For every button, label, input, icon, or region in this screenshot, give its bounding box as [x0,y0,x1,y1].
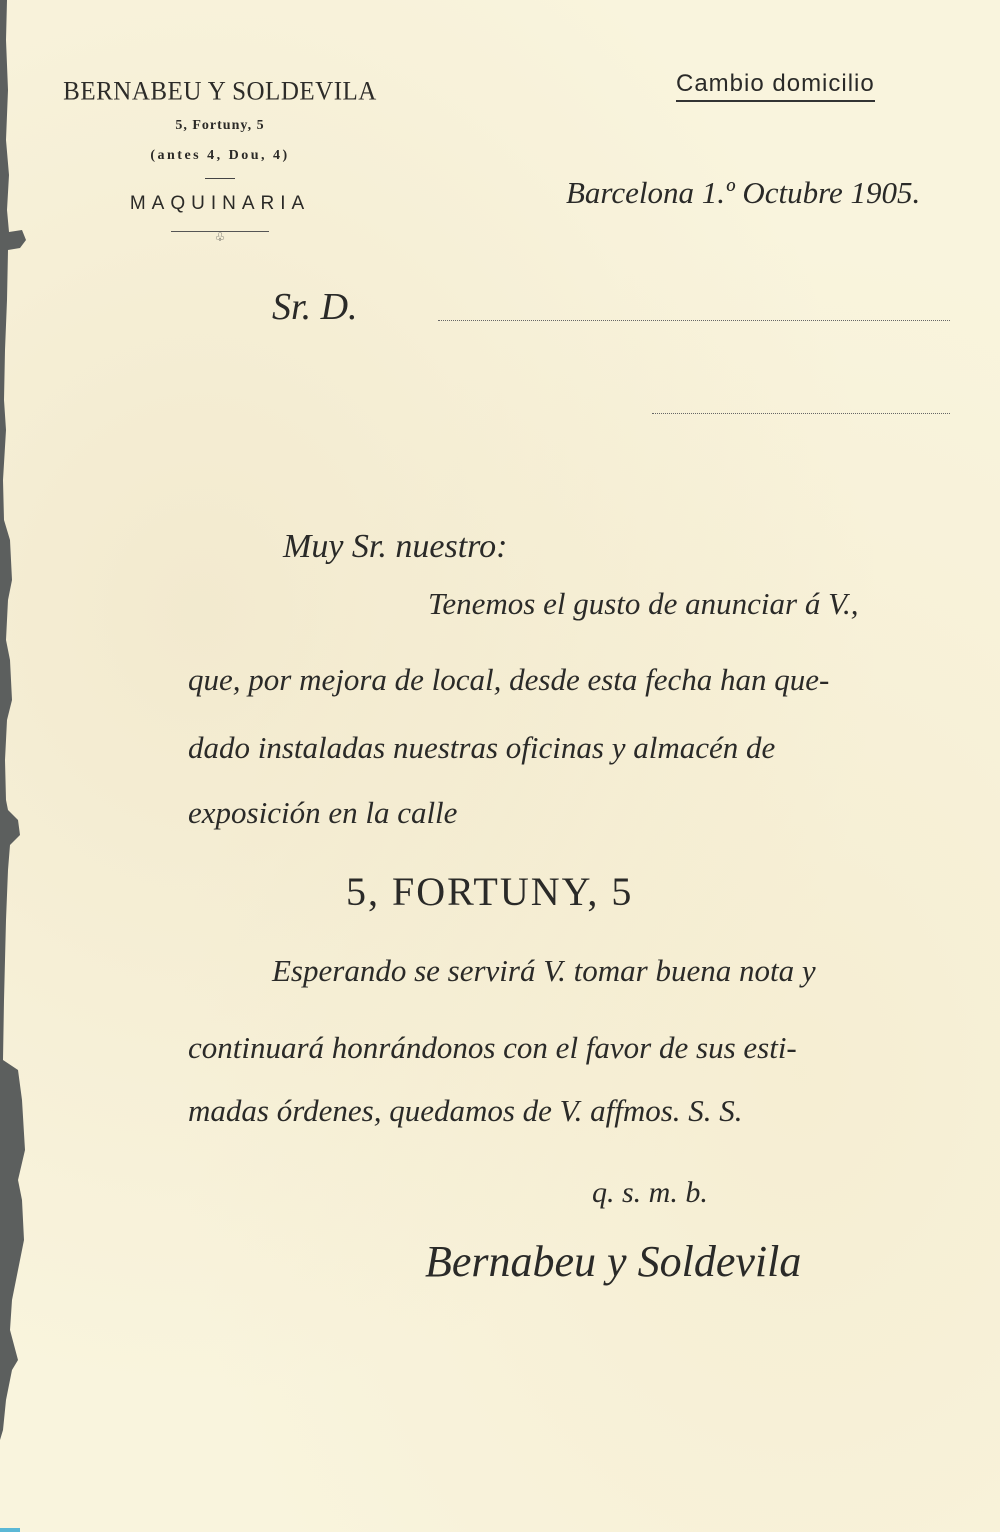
body-line: dado instaladas nuestras oficinas y alma… [188,730,775,766]
former-address: (antes 4, Dou, 4) [40,148,400,164]
closing-formula: q. s. m. b. [592,1176,708,1210]
signature: Bernabeu y Soldevila [425,1236,801,1287]
body-line: que, por mejora de local, desde esta fec… [188,662,829,698]
letterhead-divider [205,178,235,179]
company-address: 5, Fortuny, 5 [40,118,400,134]
body-line: continuará honrándonos con el favor de s… [188,1030,797,1066]
letterhead: BERNABEU Y SOLDEVILA 5, Fortuny, 5 (ante… [40,78,400,242]
dateline: Barcelona 1.º Octubre 1905. [566,175,920,211]
torn-paper-edge [0,0,26,1532]
ornament-icon: ♧ [40,232,400,242]
recipient-prefix: Sr. D. [272,285,358,329]
company-name: BERNABEU Y SOLDEVILA [40,77,400,106]
new-address: 5, FORTUNY, 5 [346,868,633,915]
notice-heading: Cambio domicilio [676,70,875,102]
body-line: madas órdenes, quedamos de V. affmos. S.… [188,1093,743,1129]
body-line: Tenemos el gusto de anunciar á V., [428,586,859,622]
body-line: exposición en la calle [188,795,457,831]
body-line: Esperando se servirá V. tomar buena nota… [272,953,816,989]
greeting: Muy Sr. nuestro: [283,528,507,566]
recipient-address-line [652,413,950,414]
scan-color-marker [0,1528,20,1532]
company-trade: MAQUINARIA [40,193,400,215]
recipient-name-line [438,320,950,321]
